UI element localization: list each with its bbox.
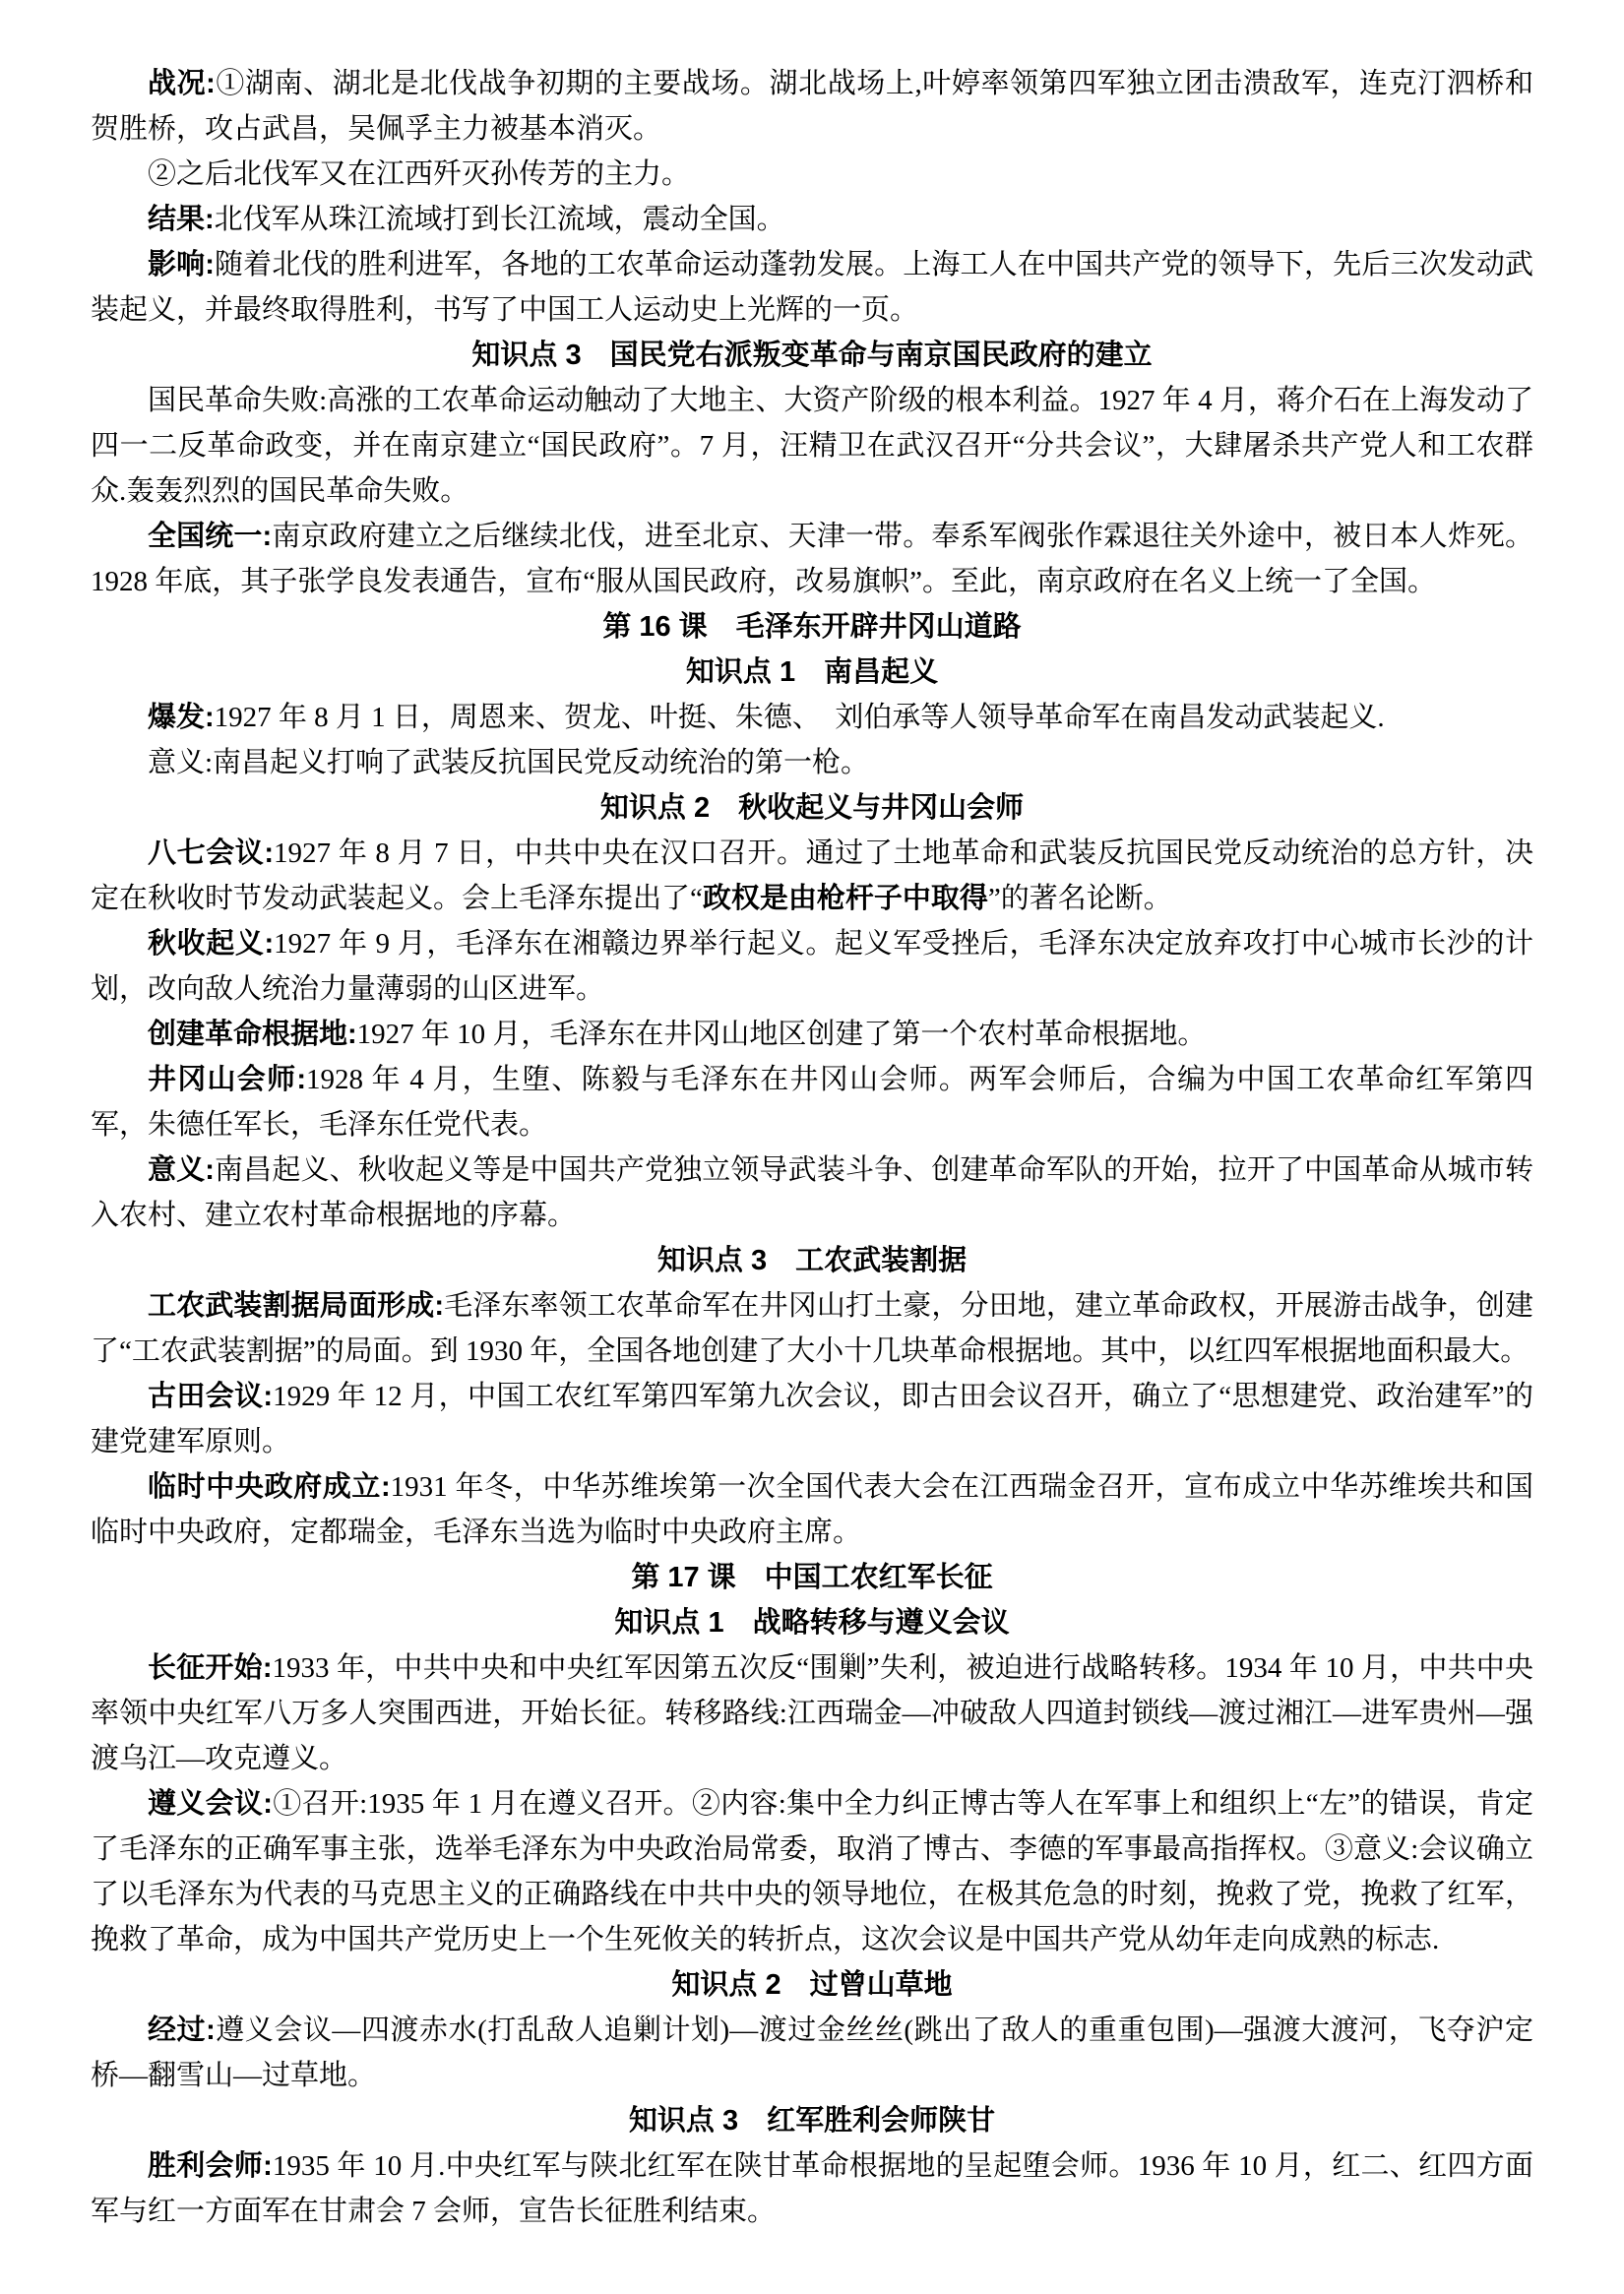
bold-lead-text: 爆发: xyxy=(148,702,215,733)
bold-lead-text: 长征开始: xyxy=(148,1652,273,1684)
paragraph: 爆发:1927 年 8 月 1 日，周恩来、贺龙、叶挺、朱德、 刘伯承等人领导革… xyxy=(91,695,1533,740)
section-heading: 知识点 3 工农武装割据 xyxy=(91,1238,1533,1283)
paragraph: 国民革命失败:高涨的工农革命运动触动了大地主、大资产阶级的根本利益。1927 年… xyxy=(91,378,1533,514)
paragraph: 意义:南昌起义打响了武装反抗国民党反动统治的第一枪。 xyxy=(91,740,1533,785)
body-text: 1929 年 12 月，中国工农红军第四军第九次会议，即古田会议召开，确立了“思… xyxy=(91,1381,1533,1457)
body-text: 1927 年 8 月 1 日，周恩来、贺龙、叶挺、朱德、 刘伯承等人领导革命军在… xyxy=(215,702,1385,733)
bold-lead-text: 秋收起义: xyxy=(148,928,274,960)
paragraph: 秋收起义:1927 年 9 月，毛泽东在湘赣边界举行起义。起义军受挫后，毛泽东决… xyxy=(91,921,1533,1012)
body-text: 1935 年 10 月.中央红军与陕北红军在陕甘革命根据地的呈起堕会师。1936… xyxy=(91,2150,1533,2227)
paragraph: 工农武装割据局面形成:毛泽东率领工农革命军在井冈山打土豪，分田地，建立革命政权，… xyxy=(91,1283,1533,1374)
body-text: 1928 年 4 月，生堕、陈毅与毛泽东在井冈山会师。两军会师后，合编为中国工农… xyxy=(91,1064,1533,1141)
bold-lead-text: 战况: xyxy=(148,68,216,99)
section-heading: 知识点 1 战略转移与遵义会议 xyxy=(91,1600,1533,1645)
body-text: ①召开:1935 年 1 月在遵义召开。②内容:集中全力纠正博古等人在军事上和组… xyxy=(91,1788,1533,1955)
paragraph: 结果:北伐军从珠江流域打到长江流域，震动全国。 xyxy=(91,197,1533,242)
paragraph: 经过:遵义会议—四渡赤水(打乱敌人追剿计划)—渡过金丝丝(跳出了敌人的重重包围)… xyxy=(91,2008,1533,2098)
body-text: 意义:南昌起义打响了武装反抗国民党反动统治的第一枪。 xyxy=(148,747,869,778)
bold-lead-text: 全国统一: xyxy=(148,521,272,552)
body-text: 1933 年，中共中央和中央红军因第五次反“围剿”失利，被迫进行战略转移。193… xyxy=(91,1652,1533,1774)
body-text: 随着北伐的胜利进军，各地的工农革命运动蓬勃发展。上海工人在中国共产党的领导下，先… xyxy=(91,249,1533,326)
paragraph: 八七会议:1927 年 8 月 7 日，中共中央在汉口召开。通过了土地革命和武装… xyxy=(91,831,1533,921)
paragraph: 临时中央政府成立:1931 年冬，中华苏维埃第一次全国代表大会在江西瑞金召开，宣… xyxy=(91,1464,1533,1555)
section-heading: 知识点 2 秋收起义与井冈山会师 xyxy=(91,785,1533,831)
bold-lead-text: 古田会议: xyxy=(148,1381,273,1412)
paragraph: 战况:①湖南、湖北是北伐战争初期的主要战场。湖北战场上,叶婷率领第四军独立团击溃… xyxy=(91,61,1533,152)
bold-lead-text: 八七会议: xyxy=(148,837,274,869)
paragraph: 胜利会师:1935 年 10 月.中央红军与陕北红军在陕甘革命根据地的呈起堕会师… xyxy=(91,2143,1533,2234)
bold-lead-text: 工农武装割据局面形成: xyxy=(148,1290,444,1322)
section-heading: 知识点 1 南昌起义 xyxy=(91,650,1533,695)
bold-lead-text: 临时中央政府成立: xyxy=(148,1471,391,1503)
bold-lead-text: 影响: xyxy=(148,249,215,280)
paragraph: 井冈山会师:1928 年 4 月，生堕、陈毅与毛泽东在井冈山会师。两军会师后，合… xyxy=(91,1057,1533,1147)
body-text: 北伐军从珠江流域打到长江流域，震动全国。 xyxy=(215,204,785,235)
bold-lead-text: 创建革命根据地: xyxy=(148,1019,357,1050)
paragraph: ②之后北伐军又在江西歼灭孙传芳的主力。 xyxy=(91,152,1533,197)
bold-lead-text: 胜利会师: xyxy=(148,2150,273,2182)
body-text: ②之后北伐军又在江西歼灭孙传芳的主力。 xyxy=(148,158,690,190)
paragraph: 意义:南昌起义、秋收起义等是中国共产党独立领导武装斗争、创建革命军队的开始，拉开… xyxy=(91,1147,1533,1238)
paragraph: 全国统一:南京政府建立之后继续北伐，进至北京、天津一带。奉系军阀张作霖退往关外途… xyxy=(91,514,1533,604)
document-page: 战况:①湖南、湖北是北伐战争初期的主要战场。湖北战场上,叶婷率领第四军独立团击溃… xyxy=(0,0,1624,2294)
bold-lead-text: 遵义会议: xyxy=(148,1788,273,1820)
bold-lead-text: 井冈山会师: xyxy=(148,1064,306,1095)
body-text: 国民革命失败:高涨的工农革命运动触动了大地主、大资产阶级的根本利益。1927 年… xyxy=(91,385,1533,507)
bold-lead-text: 政权是由枪杆子中取得 xyxy=(703,883,988,914)
bold-lead-text: 结果: xyxy=(148,204,215,235)
section-heading: 第 17 课 中国工农红军长征 xyxy=(91,1555,1533,1600)
body-text: 1927 年 9 月，毛泽东在湘赣边界举行起义。起义军受挫后，毛泽东决定放弃攻打… xyxy=(91,928,1533,1005)
paragraph: 遵义会议:①召开:1935 年 1 月在遵义召开。②内容:集中全力纠正博古等人在… xyxy=(91,1781,1533,1962)
body-text: ①湖南、湖北是北伐战争初期的主要战场。湖北战场上,叶婷率领第四军独立团击溃敌军，… xyxy=(91,68,1533,145)
bold-lead-text: 经过: xyxy=(148,2015,216,2046)
bold-lead-text: 意义: xyxy=(148,1154,215,1186)
section-heading: 知识点 2 过曾山草地 xyxy=(91,1962,1533,2008)
paragraph: 古田会议:1929 年 12 月，中国工农红军第四军第九次会议，即古田会议召开，… xyxy=(91,1374,1533,1464)
body-text: 遵义会议—四渡赤水(打乱敌人追剿计划)—渡过金丝丝(跳出了敌人的重重包围)—强渡… xyxy=(91,2015,1533,2091)
paragraph: 长征开始:1933 年，中共中央和中央红军因第五次反“围剿”失利，被迫进行战略转… xyxy=(91,1645,1533,1781)
body-text: 1927 年 10 月，毛泽东在井冈山地区创建了第一个农村革命根据地。 xyxy=(357,1019,1207,1050)
paragraph: 创建革命根据地:1927 年 10 月，毛泽东在井冈山地区创建了第一个农村革命根… xyxy=(91,1012,1533,1057)
body-text: ”的著名论断。 xyxy=(988,883,1172,914)
body-text: 南昌起义、秋收起义等是中国共产党独立领导武装斗争、创建革命军队的开始，拉开了中国… xyxy=(91,1154,1533,1231)
body-text: 南京政府建立之后继续北伐，进至北京、天津一带。奉系军阀张作霖退往关外途中，被日本… xyxy=(91,521,1533,597)
document-body: 战况:①湖南、湖北是北伐战争初期的主要战场。湖北战场上,叶婷率领第四军独立团击溃… xyxy=(0,0,1624,2234)
section-heading: 知识点 3 红军胜利会师陕甘 xyxy=(91,2098,1533,2143)
section-heading: 知识点 3 国民党右派叛变革命与南京国民政府的建立 xyxy=(91,333,1533,378)
paragraph: 影响:随着北伐的胜利进军，各地的工农革命运动蓬勃发展。上海工人在中国共产党的领导… xyxy=(91,242,1533,333)
section-heading: 第 16 课 毛泽东开辟井冈山道路 xyxy=(91,604,1533,650)
